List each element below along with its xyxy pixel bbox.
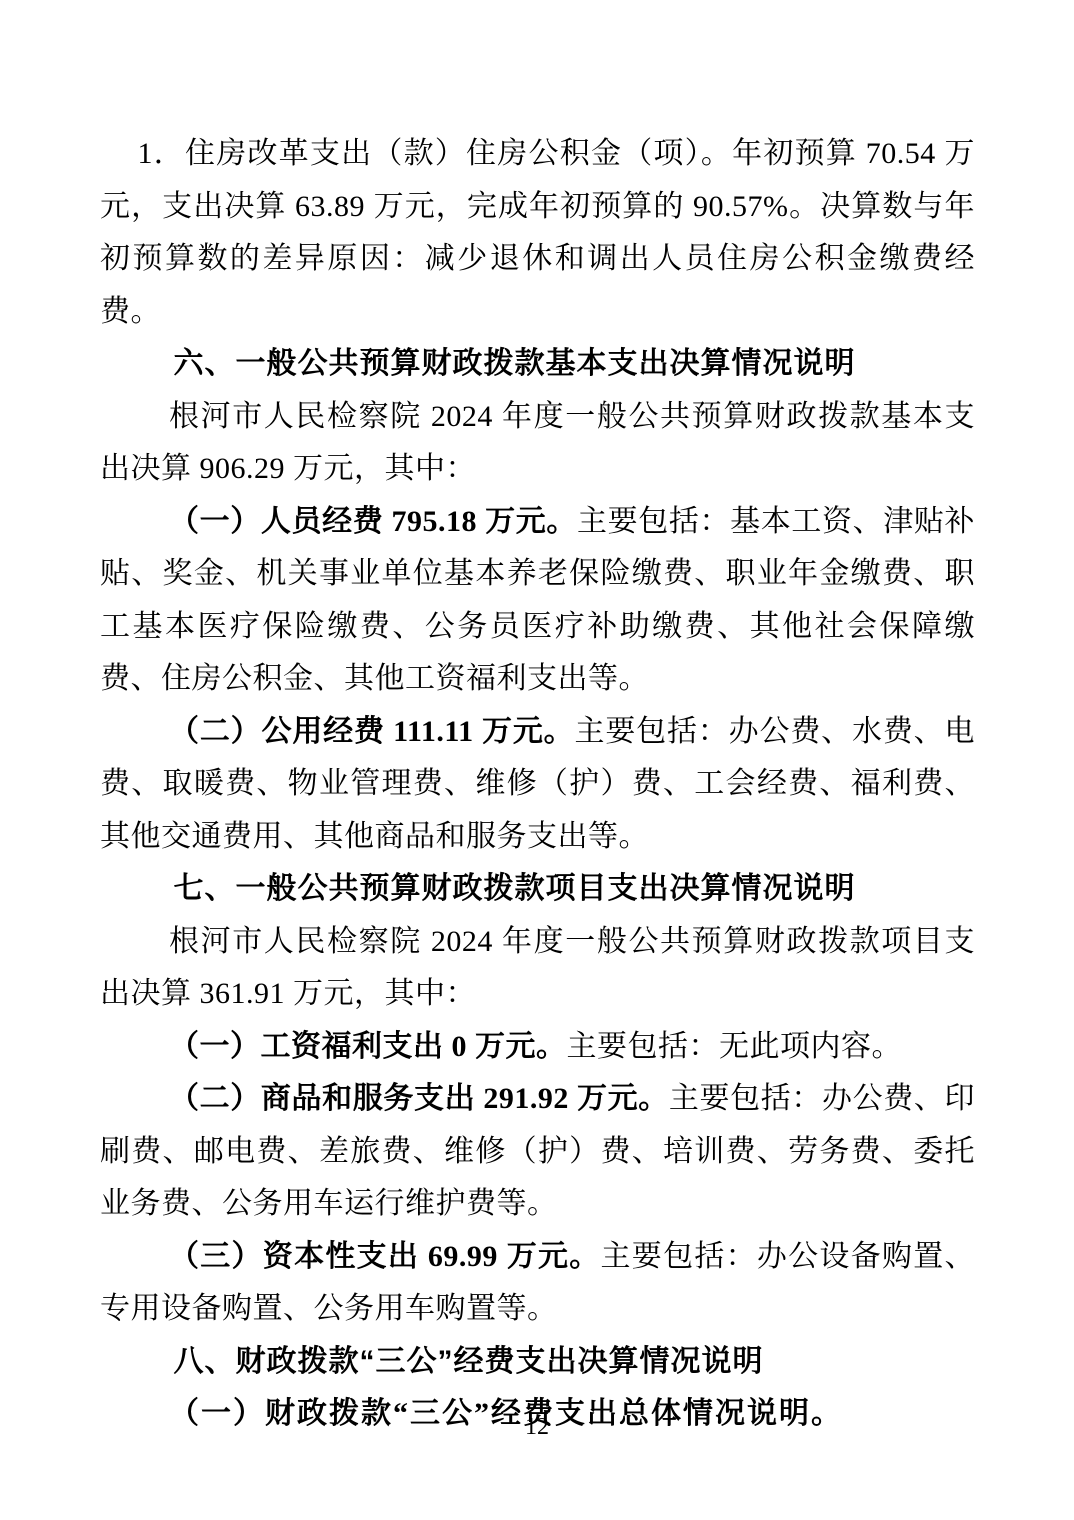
para-wage-welfare-lead: （一）工资福利支出 0 万元。: [169, 1030, 567, 1063]
para-public-funds: （二）公用经费 111.11 万元。主要包括：办公费、水费、电费、取暖费、物业管…: [100, 706, 975, 864]
page-number: 12: [0, 1412, 1074, 1442]
para-capital-expenditure: （三）资本性支出 69.99 万元。主要包括：办公设备购置、专用设备购置、公务用…: [100, 1231, 975, 1336]
para-wage-welfare-text: 主要包括：无此项内容。: [567, 1030, 903, 1063]
para-goods-services-expenditure: （二）商品和服务支出 291.92 万元。主要包括：办公费、印刷费、邮电费、差旅…: [100, 1073, 975, 1231]
para-capital-expenditure-lead: （三）资本性支出 69.99 万元。: [169, 1240, 601, 1273]
para-wage-welfare-expenditure: （一）工资福利支出 0 万元。主要包括：无此项内容。: [100, 1021, 975, 1074]
para-personnel-funds-lead: （一）人员经费 795.18 万元。: [169, 505, 577, 538]
heading-section-6-basic-expenditure: 六、一般公共预算财政拨款基本支出决算情况说明: [100, 338, 975, 391]
document-page: 1．住房改革支出（款）住房公积金（项）。年初预算 70.54 万元，支出决算 6…: [0, 0, 1074, 1520]
para-project-expenditure-total: 根河市人民检察院 2024 年度一般公共预算财政拨款项目支出决算 361.91 …: [100, 916, 975, 1021]
heading-section-8-three-public-funds: 八、财政拨款“三公”经费支出决算情况说明: [100, 1336, 975, 1389]
para-public-funds-lead: （二）公用经费 111.11 万元。: [169, 715, 575, 748]
para-basic-expenditure-total: 根河市人民检察院 2024 年度一般公共预算财政拨款基本支出决算 906.29 …: [100, 391, 975, 496]
para-housing-reform-item: 1．住房改革支出（款）住房公积金（项）。年初预算 70.54 万元，支出决算 6…: [100, 128, 975, 338]
heading-section-7-project-expenditure: 七、一般公共预算财政拨款项目支出决算情况说明: [100, 863, 975, 916]
para-personnel-funds: （一）人员经费 795.18 万元。主要包括：基本工资、津贴补贴、奖金、机关事业…: [100, 496, 975, 706]
document-content: 1．住房改革支出（款）住房公积金（项）。年初预算 70.54 万元，支出决算 6…: [100, 128, 975, 1441]
para-goods-services-lead: （二）商品和服务支出 291.92 万元。: [169, 1082, 669, 1115]
